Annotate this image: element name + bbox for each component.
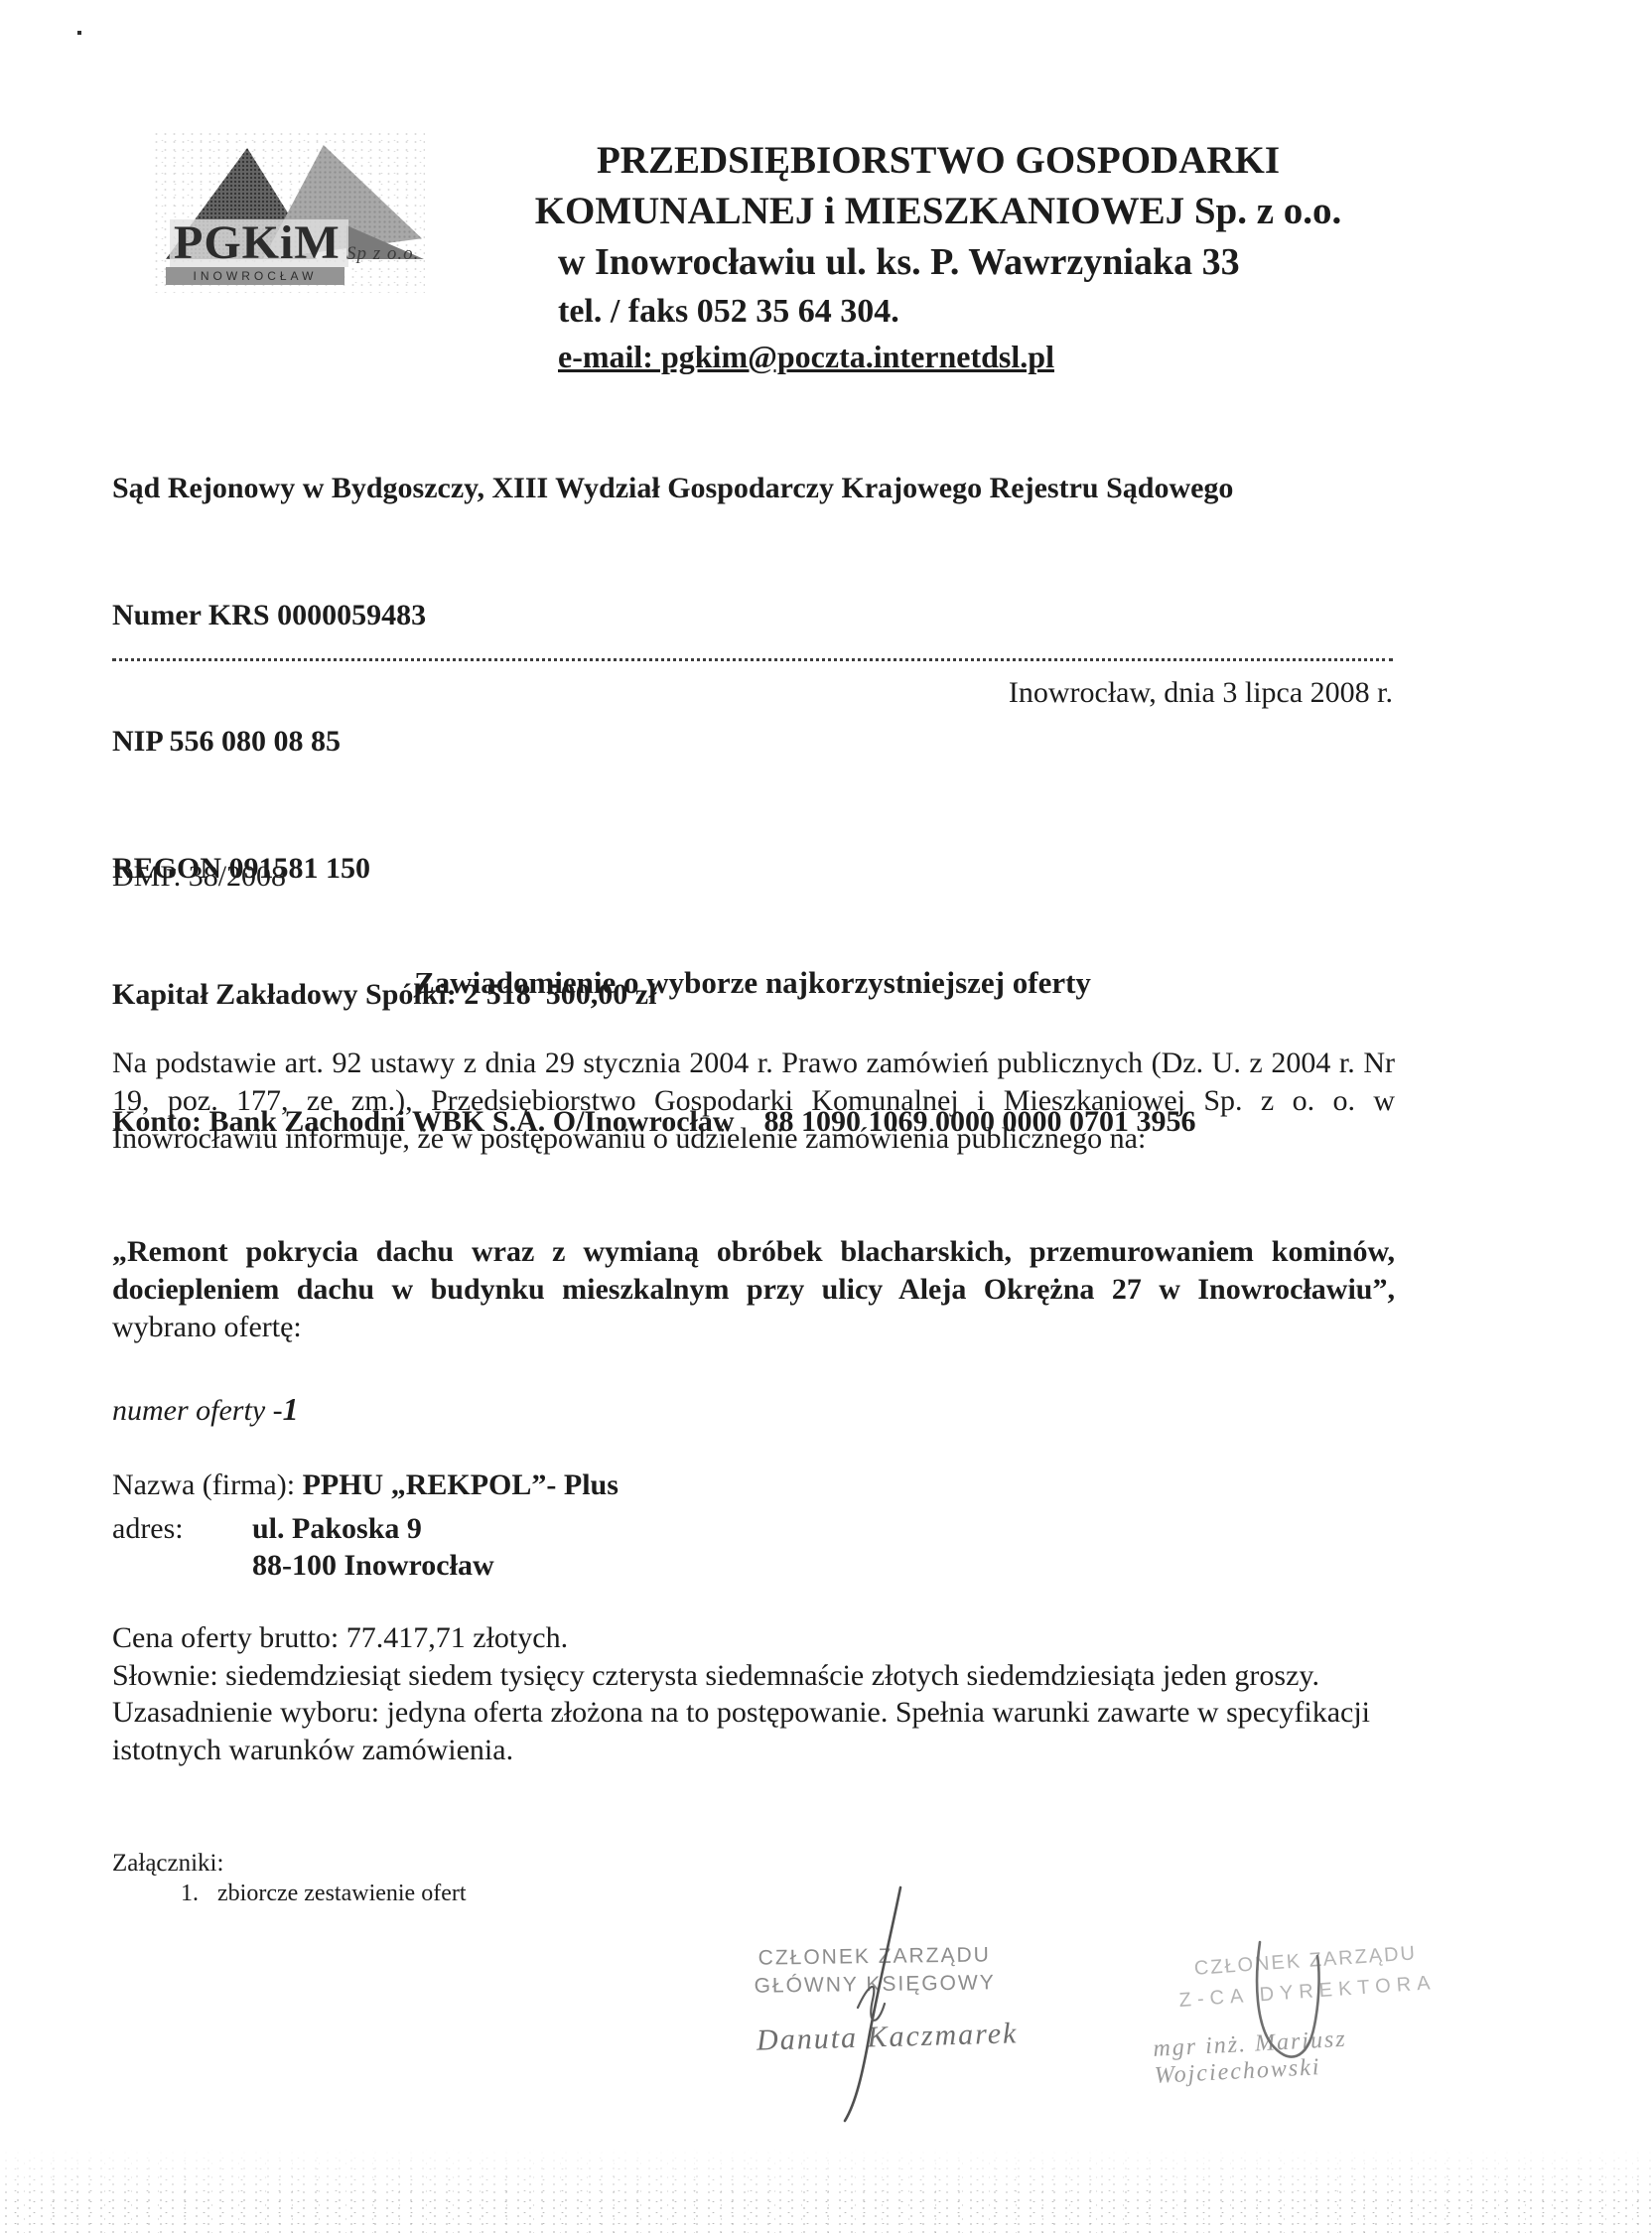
attachment-item-number: 1.	[181, 1879, 217, 1908]
offer-number-line: numer oferty -1	[112, 1391, 299, 1428]
dotted-divider	[112, 658, 1393, 661]
logo-city-band: INOWROCŁAW	[166, 267, 344, 285]
subject-paragraph: „Remont pokrycia dachu wraz z wymianą ob…	[112, 1233, 1395, 1346]
letterhead: PRZEDSIĘBIORSTWO GOSPODARKI KOMUNALNEJ i…	[501, 135, 1375, 378]
logo-company-suffix: Sp z o.o.	[346, 243, 419, 265]
company-value: PPHU „REKPOL”- Plus	[303, 1468, 619, 1501]
subject-trailing-text: wybrano ofertę:	[112, 1311, 302, 1343]
company-phone-line: tel. / faks 052 35 64 304.	[558, 288, 1375, 335]
registry-krs-line: Numer KRS 0000059483	[112, 595, 1433, 637]
attachments-label: Załączniki:	[112, 1849, 467, 1879]
gross-price-line: Cena oferty brutto: 77.417,71 złotych.	[112, 1619, 1401, 1657]
selection-justification: Uzasadnienie wyboru: jedyna oferta złożo…	[112, 1694, 1401, 1768]
left-signature-stamp: CZŁONEK ZARZĄDU GŁÓWNY KSIĘGOWY	[731, 1941, 1020, 2001]
address-row-1: adres:ul. Pakoska 9	[112, 1510, 494, 1547]
attachment-item-text: zbiorcze zestawienie ofert	[217, 1881, 467, 1906]
right-signature-stamp: CZŁONEK ZARZĄDU Z-CA DYREKTORA	[1156, 1936, 1457, 2019]
bottom-scan-noise	[0, 2149, 1652, 2233]
left-handwritten-signature: Danuta Kaczmarek	[757, 2017, 1019, 2057]
scanned-letter-page: PGKiM Sp z o.o. INOWROCŁAW PRZEDSIĘBIORS…	[0, 0, 1652, 2233]
registry-court-line: Sąd Rejonowy w Bydgoszczy, XIII Wydział …	[112, 468, 1433, 510]
address-row-2: 88-100 Inowrocław	[112, 1547, 494, 1584]
place-and-date-line: Inowrocław, dnia 3 lipca 2008 r.	[112, 676, 1393, 710]
right-handwritten-signature: mgr inż. Mariusz Wojciechowski	[1153, 2019, 1492, 2090]
address-label: adres:	[112, 1510, 252, 1547]
letter-title: Zawiadomienie o wyborze najkorzystniejsz…	[112, 965, 1393, 1001]
company-name-line-2: KOMUNALNEJ i MIESZKANIOWEJ Sp. z o.o.	[501, 186, 1375, 236]
pgkim-logo: PGKiM Sp z o.o. INOWROCŁAW	[152, 130, 425, 293]
left-stamp-role-line-2: GŁÓWNY KSIĘGOWY	[731, 1969, 1019, 2001]
scan-artifact-dot	[77, 31, 81, 35]
winner-address-block: adres:ul. Pakoska 9 88-100 Inowrocław	[112, 1510, 494, 1584]
intro-paragraph: Na podstawie art. 92 ustawy z dnia 29 st…	[112, 1045, 1395, 1158]
subject-bold-text: „Remont pokrycia dachu wraz z wymianą ob…	[112, 1235, 1395, 1306]
address-street: ul. Pakoska 9	[252, 1510, 422, 1547]
address-city: 88-100 Inowrocław	[252, 1547, 494, 1584]
company-name-line-1: PRZEDSIĘBIORSTWO GOSPODARKI	[501, 135, 1375, 186]
logo-company-abbreviation: PGKiM	[170, 219, 348, 267]
price-and-justification-block: Cena oferty brutto: 77.417,71 złotych. S…	[112, 1619, 1401, 1768]
offer-number-value: 1	[283, 1391, 299, 1427]
left-signature-pen-stroke	[845, 1887, 900, 2121]
attachments-section: Załączniki: 1.zbiorcze zestawienie ofert	[112, 1849, 467, 1908]
reference-number: DMP. 38/2008	[112, 860, 286, 894]
offer-number-label: numer oferty -	[112, 1394, 283, 1427]
registry-regon-line: REGON 091581 150	[112, 848, 1433, 891]
left-stamp-role-line-1: CZŁONEK ZARZĄDU	[731, 1941, 1019, 1973]
company-label: Nazwa (firma):	[112, 1468, 303, 1501]
attachment-item: 1.zbiorcze zestawienie ofert	[181, 1879, 467, 1908]
company-email-line: e-mail: pgkim@poczta.internetdsl.pl	[558, 335, 1375, 378]
registry-nip-line: NIP 556 080 08 85	[112, 721, 1433, 764]
price-in-words-line: Słownie: siedemdziesiąt siedem tysięcy c…	[112, 1657, 1401, 1695]
company-address-line: w Inowrocławiu ul. ks. P. Wawrzyniaka 33	[558, 236, 1375, 288]
winner-company-line: Nazwa (firma): PPHU „REKPOL”- Plus	[112, 1468, 619, 1502]
